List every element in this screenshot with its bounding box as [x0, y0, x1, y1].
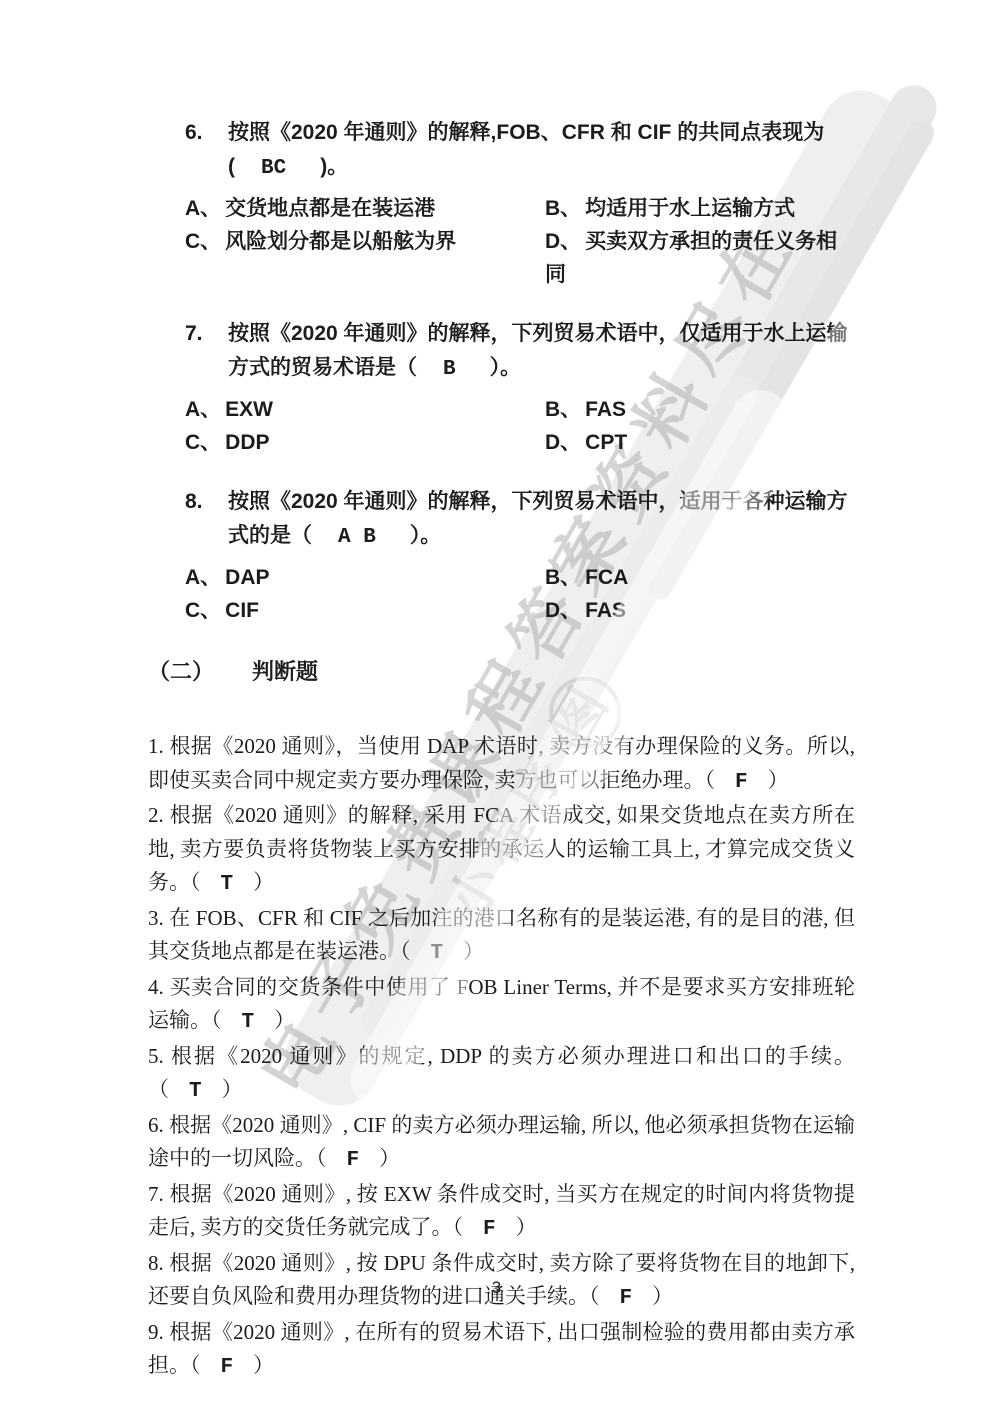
question-text-tail: ）。: [490, 356, 522, 379]
paren-open: （: [211, 1008, 222, 1032]
option-text: 交货地点都是在装运港: [225, 197, 435, 220]
option-a: A、交货地点都是在装运港: [185, 192, 545, 225]
judgement-item-6: 6. 根据《2020 通则》, CIF 的卖方必须办理运输, 所以, 他必须承担…: [148, 1109, 855, 1178]
answer-value: F: [715, 771, 768, 794]
options-grid: A、EXW B、FAS C、DDP D、CPT: [148, 393, 855, 459]
mcq-question-8: 8.按照《2020 年通则》的解释，下列贸易术语中，适用于各种运输方式的是（A …: [148, 485, 855, 627]
options-grid: A、DAP B、FCA C、CIF D、FAS: [148, 561, 855, 627]
option-b: B、均适用于水上运输方式: [545, 192, 855, 225]
answer-value: BC: [235, 157, 320, 180]
question-text-tail: )。: [320, 155, 348, 178]
option-a: A、DAP: [185, 561, 545, 594]
judgement-item-2: 2. 根据《2020 通则》的解释, 采用 FCA 术语成交, 如果交货地点在卖…: [148, 799, 855, 902]
answer-value: F: [201, 1356, 254, 1379]
answer-value: T: [201, 873, 254, 896]
option-b: B、FAS: [545, 393, 855, 426]
paren-close: ）: [516, 1215, 537, 1239]
paren-close: ）: [379, 1146, 400, 1170]
paren-open: （: [190, 870, 201, 894]
paren-open: （: [190, 1353, 201, 1377]
options-grid: A、交货地点都是在装运港 B、均适用于水上运输方式 C、风险划分都是以船舷为界 …: [148, 192, 855, 291]
option-text: CIF: [225, 599, 259, 622]
option-label: D、: [545, 431, 581, 454]
option-label: C、: [185, 599, 221, 622]
multiple-choice-section: 6.按照《2020 年通则》的解释,FOB、CFR 和 CIF 的共同点表现为(…: [148, 116, 855, 627]
paren-close: ）: [768, 768, 789, 792]
judgement-item-1: 1. 根据《2020 通则》，当使用 DAP 术语时, 卖方没有办理保险的义务。…: [148, 730, 855, 799]
question-stem: 8.按照《2020 年通则》的解释，下列贸易术语中，适用于各种运输方式的是（A …: [148, 485, 855, 555]
paren-close: ）: [253, 1353, 274, 1377]
paren-open: （: [400, 939, 411, 963]
option-label: A、: [185, 197, 221, 220]
paren-close: ）: [274, 1008, 295, 1032]
option-text: DAP: [225, 566, 269, 589]
option-label: B、: [545, 398, 581, 421]
answer-value: T: [169, 1080, 222, 1103]
question-stem: 6.按照《2020 年通则》的解释,FOB、CFR 和 CIF 的共同点表现为(…: [148, 116, 855, 186]
section-label: （二）: [148, 655, 214, 686]
option-text: 买卖双方承担的责任义务相同: [545, 230, 837, 286]
option-label: B、: [545, 566, 581, 589]
option-d: D、FAS: [545, 594, 855, 627]
paren-open: （: [453, 1215, 464, 1239]
option-label: D、: [545, 599, 581, 622]
paren-open: （: [705, 768, 716, 792]
item-text: 3. 在 FOB、CFR 和 CIF 之后加注的港口名称有的是装运港, 有的是目…: [148, 906, 855, 964]
option-text: CPT: [585, 431, 627, 454]
answer-value: A B: [312, 526, 410, 549]
question-text: 按照《2020 年通则》的解释，下列贸易术语中，仅适用于水上运输方式的贸易术语是…: [228, 322, 848, 379]
question-number: 8.: [185, 485, 228, 519]
judgement-item-3: 3. 在 FOB、CFR 和 CIF 之后加注的港口名称有的是装运港, 有的是目…: [148, 902, 855, 971]
option-text: FAS: [585, 599, 626, 622]
option-text: EXW: [225, 398, 273, 421]
option-d: D、CPT: [545, 426, 855, 459]
option-label: A、: [185, 398, 221, 421]
paren-open: （: [316, 1146, 327, 1170]
answer-value: F: [327, 1149, 380, 1172]
answer-value: T: [411, 942, 464, 965]
paren-close: ）: [253, 870, 274, 894]
option-label: C、: [185, 431, 221, 454]
option-text: 风险划分都是以船舷为界: [225, 230, 456, 253]
question-stem: 7.按照《2020 年通则》的解释，下列贸易术语中，仅适用于水上运输方式的贸易术…: [148, 317, 855, 387]
judgement-item-5: 5. 根据《2020 通则》的规定, DDP 的卖方必须办理进口和出口的手续。（…: [148, 1040, 855, 1109]
question-number: 7.: [185, 317, 228, 351]
item-text: 6. 根据《2020 通则》, CIF 的卖方必须办理运输, 所以, 他必须承担…: [148, 1113, 855, 1171]
option-label: C、: [185, 230, 221, 253]
mcq-question-6: 6.按照《2020 年通则》的解释,FOB、CFR 和 CIF 的共同点表现为(…: [148, 116, 855, 291]
judgement-item-4: 4. 买卖合同的交货条件中使用了 FOB Liner Terms, 并不是要求买…: [148, 971, 855, 1040]
paren-open: （: [148, 1077, 169, 1101]
judgement-item-7: 7. 根据《2020 通则》, 按 EXW 条件成交时, 当买方在规定的时间内将…: [148, 1178, 855, 1247]
option-d: D、买卖双方承担的责任义务相同: [545, 225, 855, 291]
answer-value: F: [463, 1218, 516, 1241]
option-label: A、: [185, 566, 221, 589]
item-text: 5. 根据《2020 通则》的规定, DDP 的卖方必须办理进口和出口的手续。: [148, 1044, 855, 1068]
option-a: A、EXW: [185, 393, 545, 426]
option-text: 均适用于水上运输方式: [585, 197, 795, 220]
answer-value: T: [222, 1011, 275, 1034]
option-label: D、: [545, 230, 581, 253]
paren-close: ）: [463, 939, 484, 963]
mcq-question-7: 7.按照《2020 年通则》的解释，下列贸易术语中，仅适用于水上运输方式的贸易术…: [148, 317, 855, 459]
page-content: 6.按照《2020 年通则》的解释,FOB、CFR 和 CIF 的共同点表现为(…: [0, 0, 993, 1385]
question-number: 6.: [185, 116, 228, 150]
option-c: C、CIF: [185, 594, 545, 627]
option-text: DDP: [225, 431, 269, 454]
section-heading: （二） 判断题: [148, 655, 855, 686]
option-c: C、DDP: [185, 426, 545, 459]
judgement-item-9: 9. 根据《2020 通则》, 在所有的贸易术语下, 出口强制检验的费用都由卖方…: [148, 1316, 855, 1385]
question-text-tail: ）。: [410, 524, 442, 547]
answer-value: B: [417, 358, 490, 381]
option-label: B、: [545, 197, 581, 220]
section-title: 判断题: [252, 655, 318, 686]
page-number: 3: [0, 1278, 993, 1298]
paren-close: ）: [222, 1077, 243, 1101]
document-page: 电子免费课程答案资料尽在 小程序图 6.按照《2020 年通则》的解释,FOB、…: [0, 0, 993, 1404]
option-text: FCA: [585, 566, 628, 589]
option-b: B、FCA: [545, 561, 855, 594]
option-text: FAS: [585, 398, 626, 421]
option-c: C、风险划分都是以船舷为界: [185, 225, 545, 291]
